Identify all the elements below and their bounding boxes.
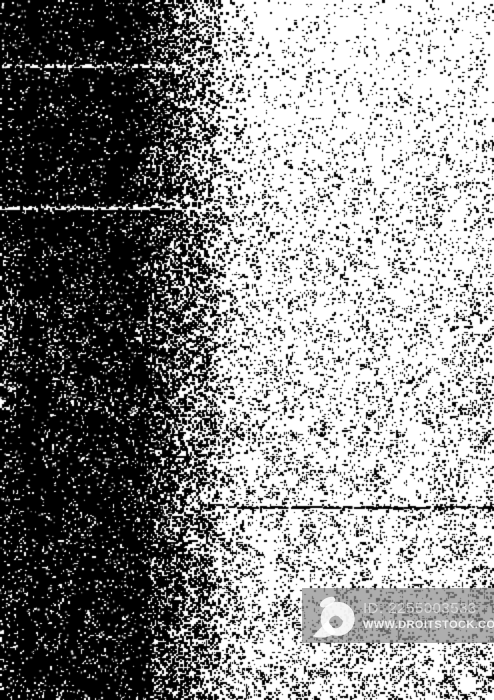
stock-agency-logo-icon <box>310 593 358 639</box>
watermark-id-text: ID: 2255003533 <box>363 600 490 618</box>
watermark-overlay: ID: 2255003533 WWW.DROITSTOCK.COM <box>302 588 494 643</box>
watermark-text-block: ID: 2255003533 WWW.DROITSTOCK.COM <box>363 600 490 632</box>
watermark-url-text: WWW.DROITSTOCK.COM <box>363 618 490 632</box>
stock-texture-image: ID: 2255003533 WWW.DROITSTOCK.COM <box>0 0 494 700</box>
